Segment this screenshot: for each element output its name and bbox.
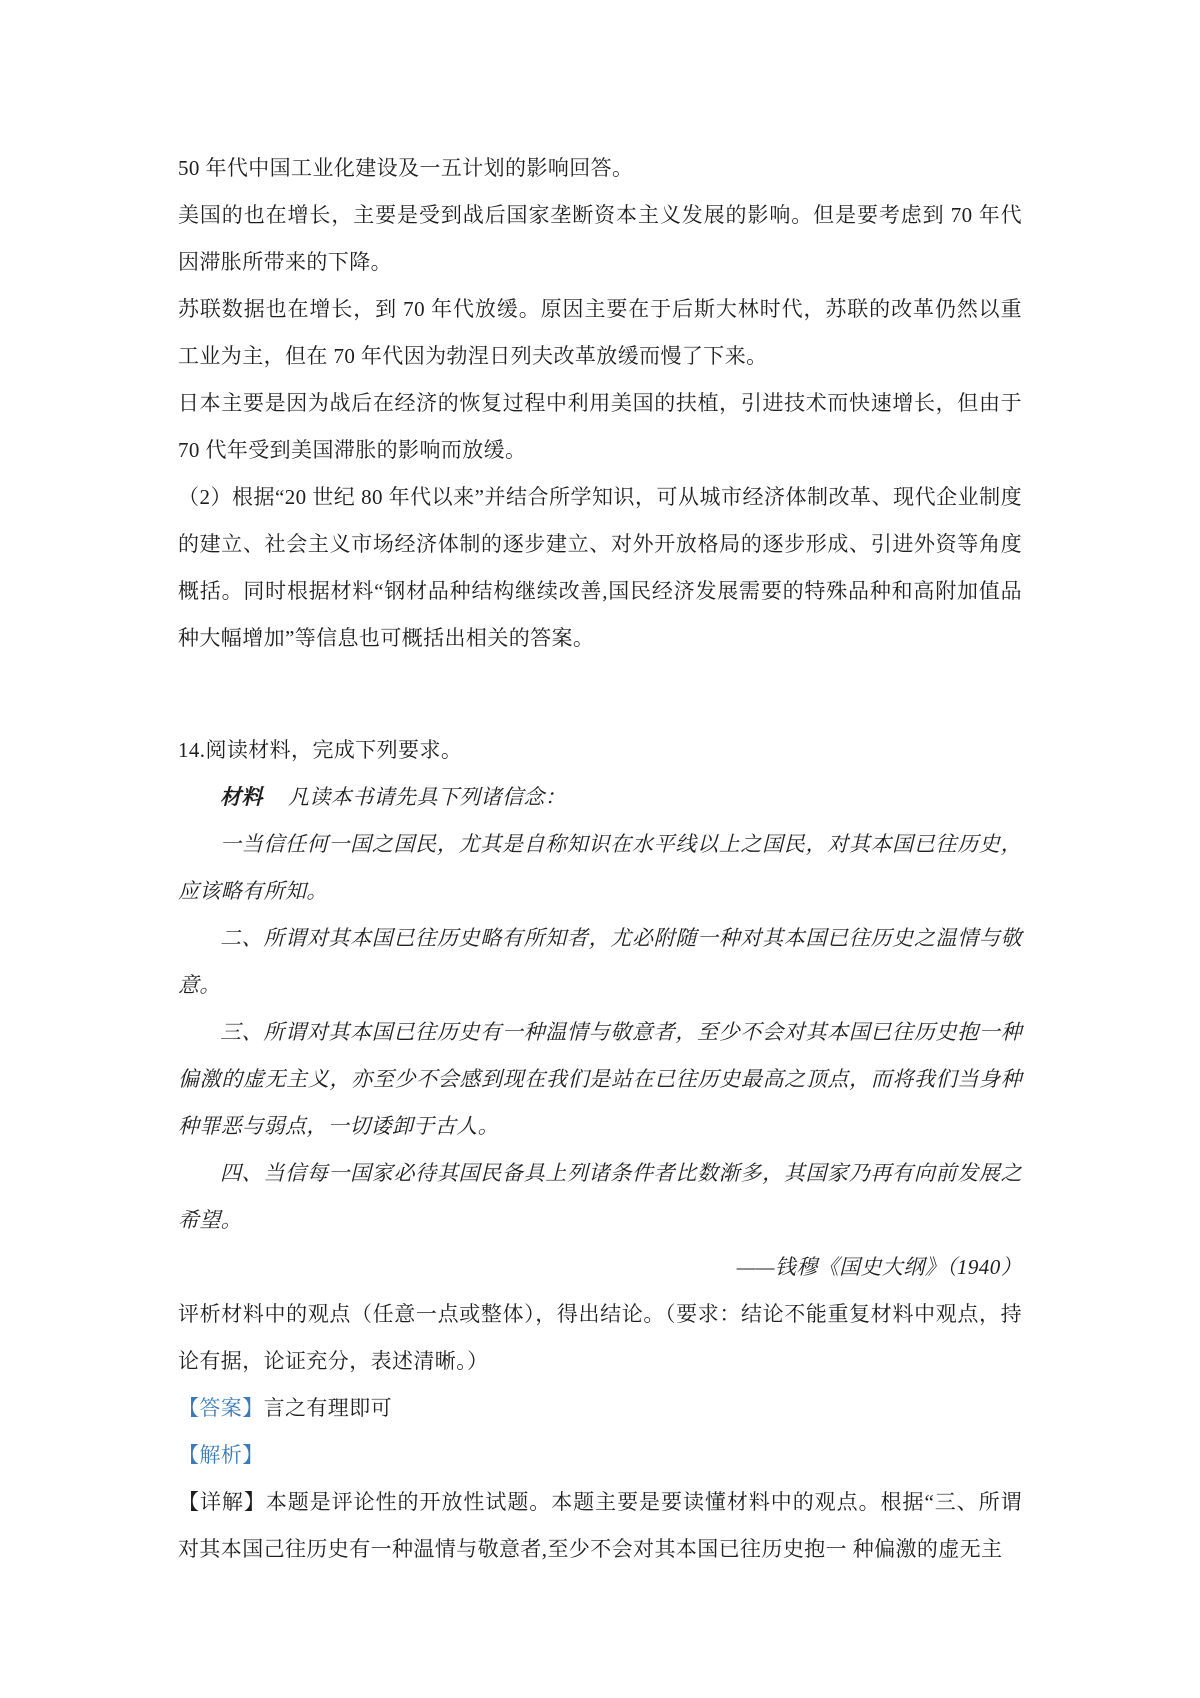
material-item-2: 二、所谓对其本国已往历史略有所知者，尤必附随一种对其本国已往历史之温情与敬意。 xyxy=(178,915,1022,1009)
analysis-line: 【解析】 xyxy=(178,1432,1022,1479)
material-heading: 材料凡读本书请先具下列诸信念： xyxy=(178,774,1022,821)
analysis-label: 【解析】 xyxy=(178,1443,264,1467)
task-description: 评析材料中的观点（任意一点或整体），得出结论。（要求：结论不能重复材料中观点，持… xyxy=(178,1291,1022,1385)
material-item-1: 一当信任何一国之国民，尤其是自称知识在水平线以上之国民，对其本国已往历史，应该略… xyxy=(178,821,1022,915)
question-14-heading: 14.阅读材料，完成下列要求。 xyxy=(178,727,1022,774)
source-attribution: ——钱穆《国史大纲》（1940） xyxy=(178,1244,1022,1291)
answer-text: 言之有理即可 xyxy=(264,1396,392,1420)
paragraph-question2-explanation: （2）根据“20 世纪 80 年代以来”并结合所学知识，可从城市经济体制改革、现… xyxy=(178,474,1022,662)
paragraph-industrialization-answer: 50 年代中国工业化建设及一五计划的影响回答。 xyxy=(178,145,1022,192)
material-label: 材料 xyxy=(220,785,263,809)
paragraph-usa-growth: 美国的也在增长，主要是受到战后国家垄断资本主义发展的影响。但是要考虑到 70 年… xyxy=(178,192,1022,286)
detail-label: 【详解】 xyxy=(178,1490,266,1514)
paragraph-japan-growth: 日本主要是因为战后在经济的恢复过程中利用美国的扶植，引进技术而快速增长，但由于 … xyxy=(178,380,1022,474)
material-item-4: 四、当信每一国家必待其国民备具上列诸条件者比数渐多，其国家乃再有向前发展之希望。 xyxy=(178,1150,1022,1244)
material-item-3: 三、所谓对其本国已往历史有一种温情与敬意者，至少不会对其本国已往历史抱一种偏激的… xyxy=(178,1009,1022,1150)
answer-line: 【答案】言之有理即可 xyxy=(178,1385,1022,1432)
document-page: 50 年代中国工业化建设及一五计划的影响回答。 美国的也在增长，主要是受到战后国… xyxy=(0,0,1200,1698)
blank-line xyxy=(178,662,1022,727)
detail-paragraph: 【详解】本题是评论性的开放性试题。本题主要是要读懂材料中的观点。根据“三、所谓对… xyxy=(178,1479,1022,1573)
material-intro: 凡读本书请先具下列诸信念： xyxy=(288,785,566,809)
answer-label: 【答案】 xyxy=(178,1396,264,1420)
detail-text: 本题是评论性的开放性试题。本题主要是要读懂材料中的观点。根据“三、所谓对其本国己… xyxy=(178,1490,1022,1561)
paragraph-ussr-growth: 苏联数据也在增长，到 70 年代放缓。原因主要在于后斯大林时代，苏联的改革仍然以… xyxy=(178,286,1022,380)
